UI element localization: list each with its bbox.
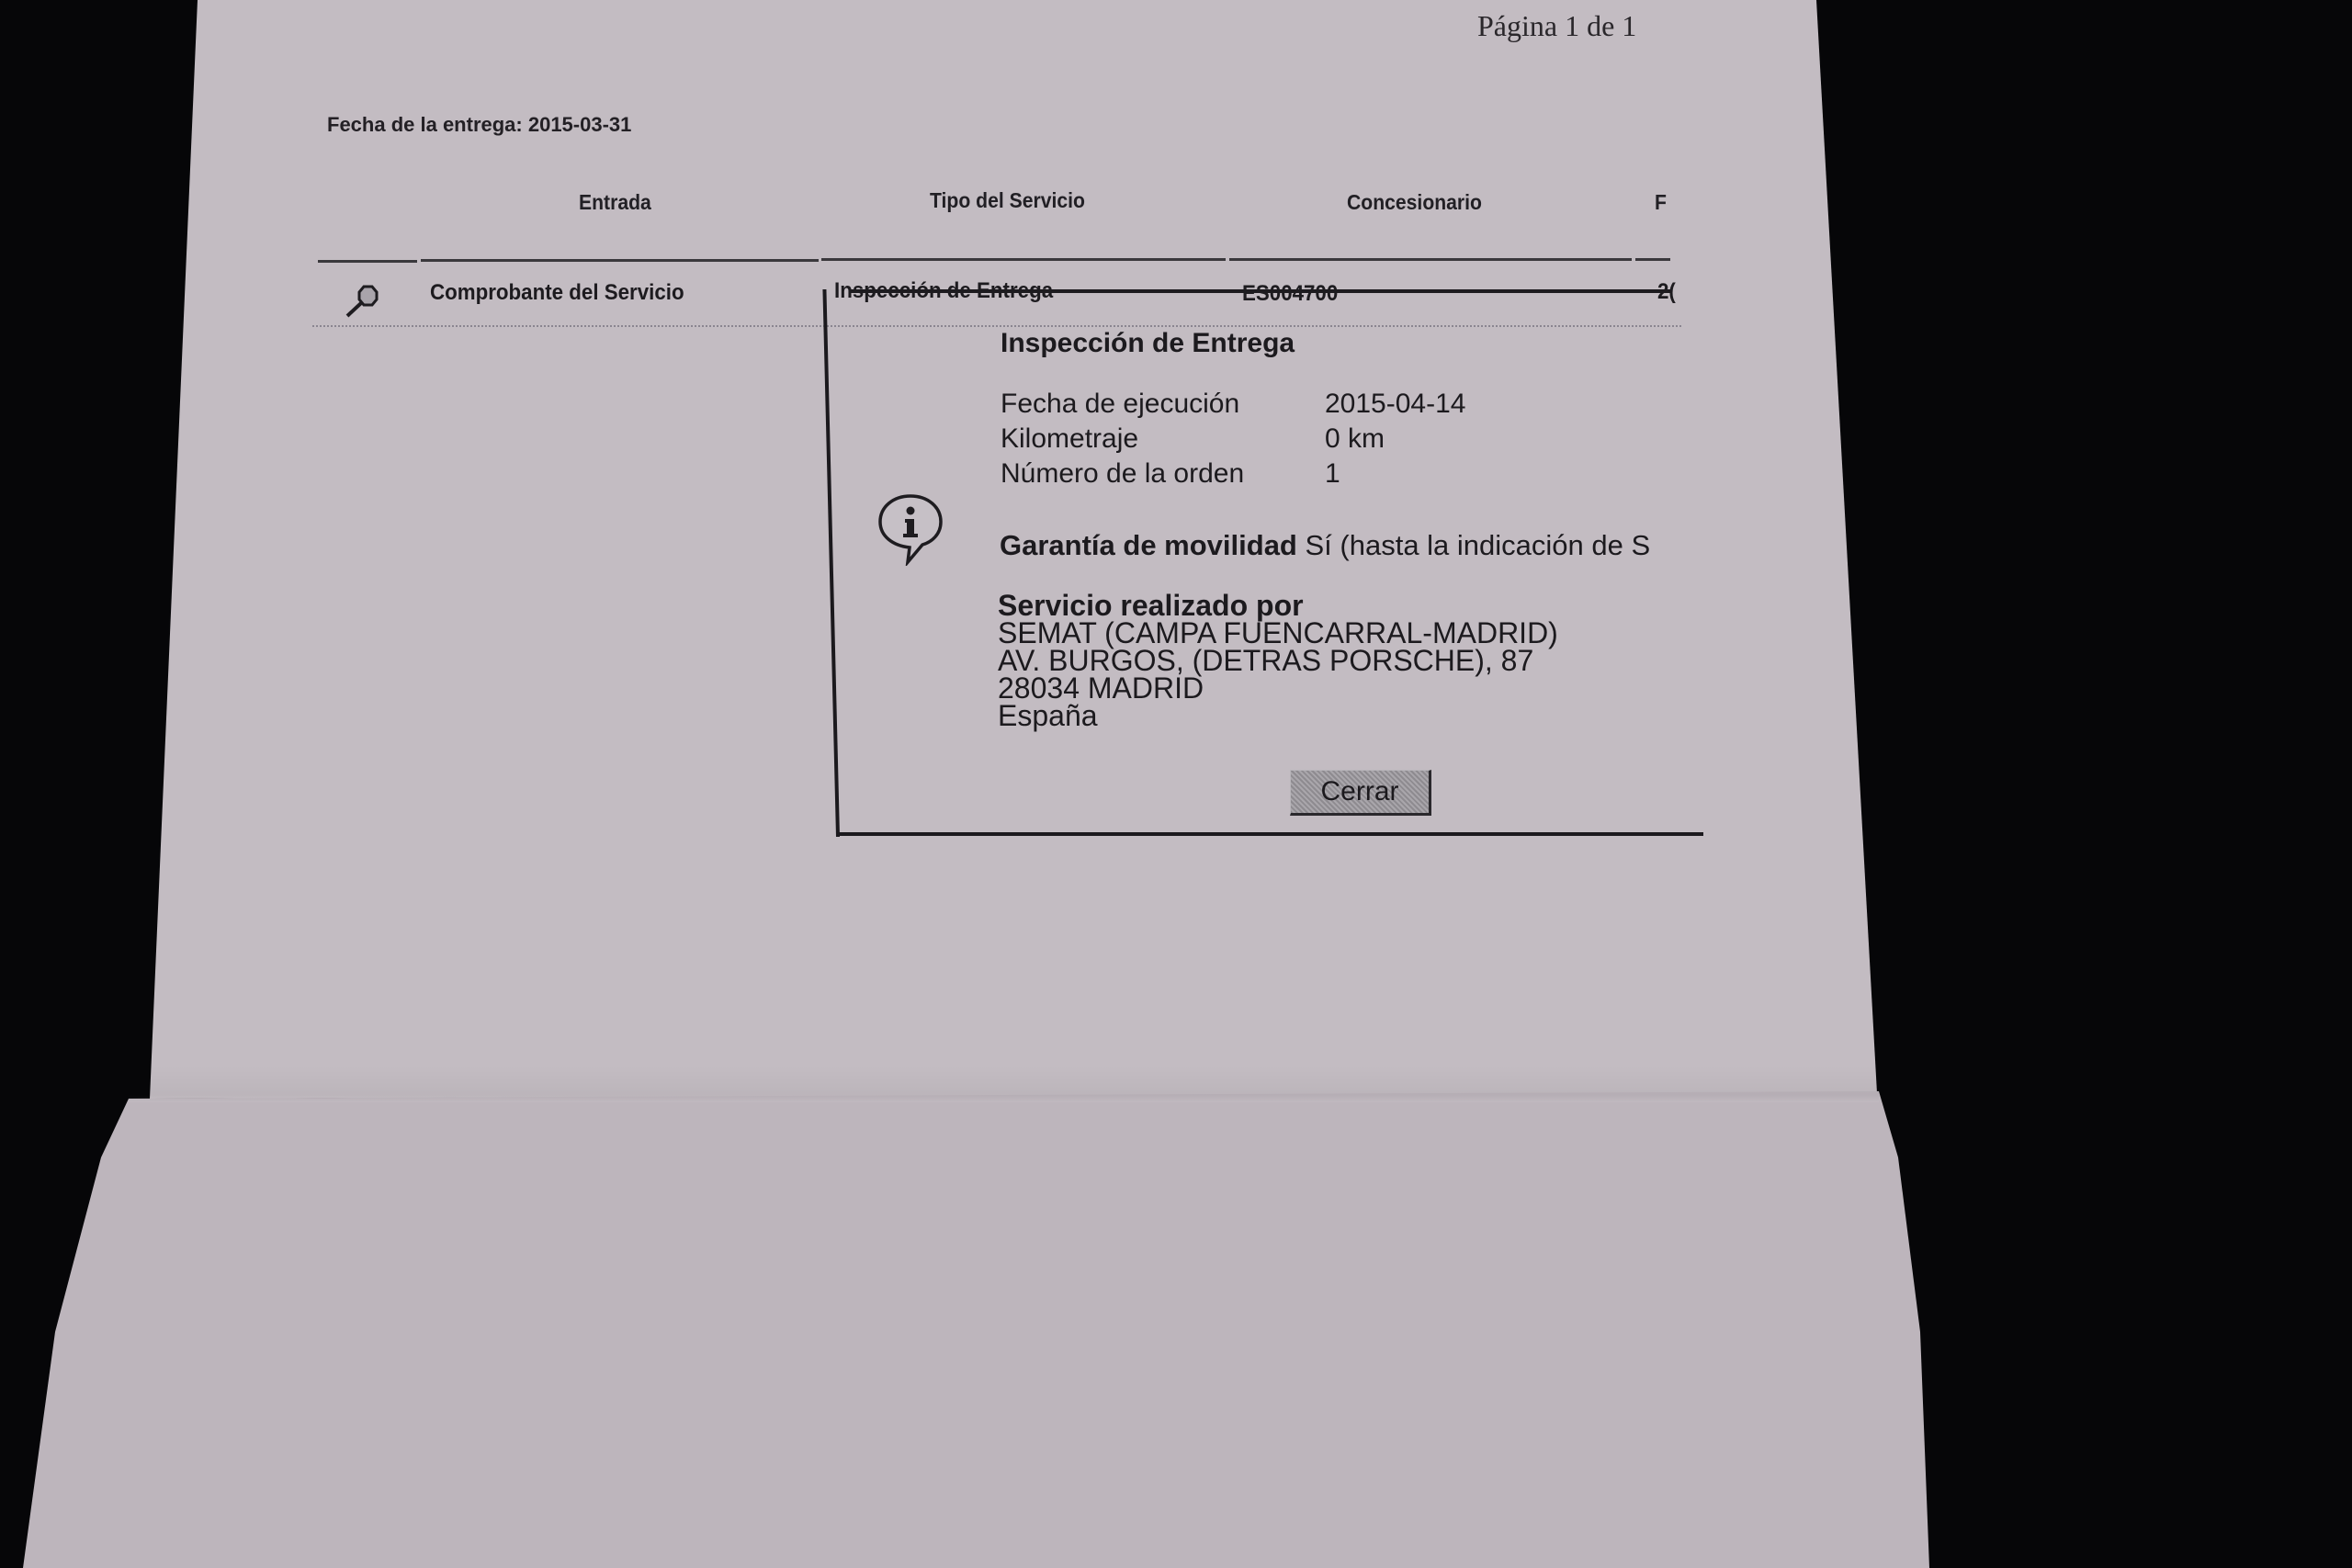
mobility-guarantee: Garantía de movilidad Sí (hasta la indic… <box>1000 529 1690 562</box>
header-underline <box>318 260 417 263</box>
popup-title: Inspección de Entrega <box>1001 328 1295 359</box>
service-provider-block: Servicio realizado por SEMAT (CAMPA FUEN… <box>998 592 1558 729</box>
field-label-kilometraje: Kilometraje <box>1001 423 1138 455</box>
row-concesionario: ES004700 <box>1242 281 1338 307</box>
field-value-fecha-ejecucion: 2015-04-14 <box>1325 389 1465 420</box>
service-provider-name: SEMAT (CAMPA FUENCARRAL-MADRID) <box>998 619 1558 647</box>
close-button[interactable]: Cerrar <box>1290 770 1431 816</box>
delivery-date: Fecha de la entrega: 2015-03-31 <box>327 113 631 137</box>
mobility-guarantee-value: Sí (hasta la indicación de S <box>1306 529 1651 561</box>
field-label-numero-orden: Número de la orden <box>1001 458 1244 490</box>
row-entrada-link[interactable]: Comprobante del Servicio <box>430 280 684 306</box>
service-provider-title: Servicio realizado por <box>998 592 1558 619</box>
field-label-fecha-ejecucion: Fecha de ejecución <box>1001 389 1239 420</box>
popup-top-border <box>850 289 1672 293</box>
page-indicator: Página 1 de 1 <box>1477 9 1636 43</box>
printed-document: Página 1 de 1 Fecha de la entrega: 2015-… <box>0 0 2352 1568</box>
service-provider-city: 28034 MADRID <box>998 674 1558 702</box>
service-provider-country: España <box>998 702 1558 729</box>
mobility-guarantee-label: Garantía de movilidad <box>1000 529 1297 561</box>
info-icon <box>875 492 946 566</box>
row-separator <box>312 325 1681 327</box>
popup-bottom-border <box>836 832 1703 836</box>
magnifier-icon[interactable] <box>344 285 380 318</box>
field-value-kilometraje: 0 km <box>1325 423 1385 455</box>
header-underline <box>1635 258 1670 261</box>
service-provider-street: AV. BURGOS, (DETRAS PORSCHE), 87 <box>998 647 1558 674</box>
header-underline <box>821 258 1226 261</box>
header-underline <box>1229 258 1632 261</box>
column-header-concesionario: Concesionario <box>1347 190 1482 215</box>
column-header-tipo-servicio: Tipo del Servicio <box>930 188 1085 213</box>
popup-left-border <box>822 289 840 837</box>
column-header-fecha: F <box>1655 190 1667 215</box>
field-value-numero-orden: 1 <box>1325 458 1340 490</box>
header-underline <box>421 259 819 262</box>
column-header-entrada: Entrada <box>579 190 651 215</box>
